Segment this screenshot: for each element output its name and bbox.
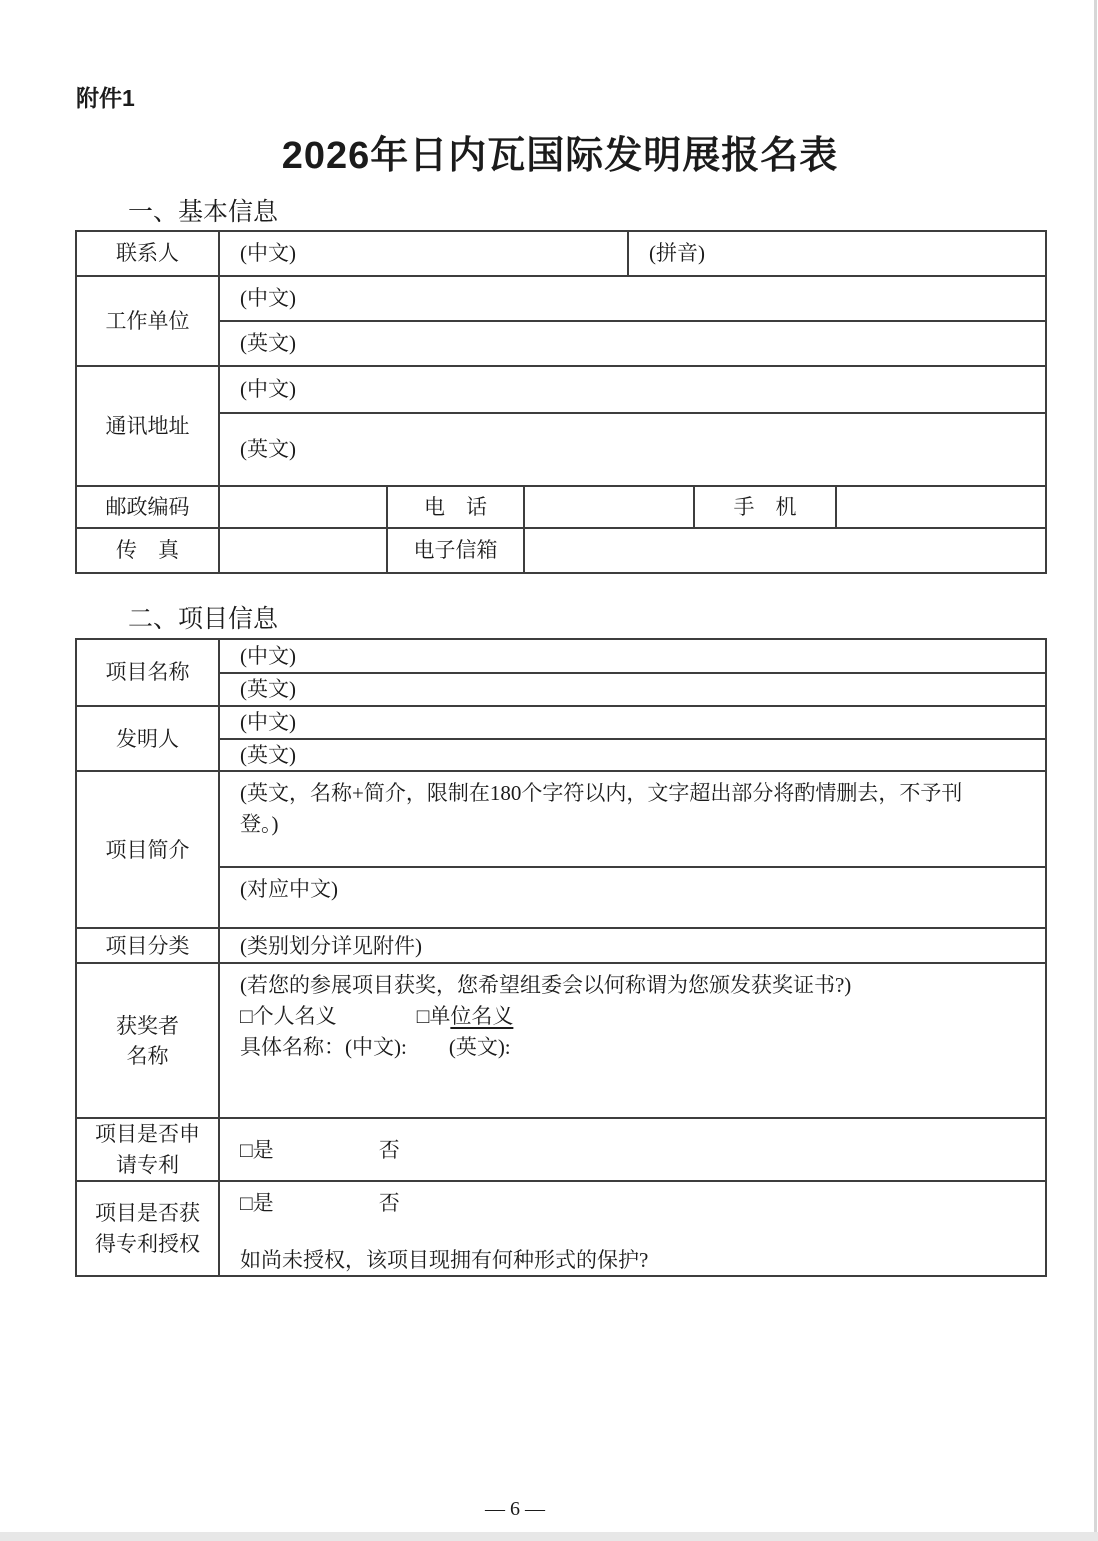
contact-label: 联系人 — [76, 231, 219, 276]
patent-applied-cell: □是否 — [219, 1118, 1046, 1181]
work-unit-label: 工作单位 — [76, 276, 219, 366]
contact-pinyin-input-cell[interactable]: (拼音) — [628, 231, 1046, 276]
inventor-en-input-cell[interactable]: (英文) — [219, 739, 1046, 771]
project-name-label: 项目名称 — [76, 639, 219, 706]
section-basic-info-heading: 一、基本信息 — [128, 192, 278, 228]
awardee-question: (若您的参展项目获奖，您希望组委会以何称谓为您颁发获奖证书?) — [240, 970, 1035, 1001]
fax-input-cell[interactable] — [219, 528, 387, 573]
contact-cn-input-cell[interactable]: (中文) — [219, 231, 628, 276]
category-input-cell[interactable]: (类别划分详见附件) — [219, 928, 1046, 963]
fax-label: 传 真 — [76, 528, 219, 573]
awardee-label: 获奖者 名称 — [76, 963, 219, 1118]
section-project-info-heading: 二、项目信息 — [128, 599, 278, 635]
phone-input-cell[interactable] — [524, 486, 694, 528]
unit-name-underlined: 位名义 — [450, 1004, 513, 1028]
checkbox-personal-name[interactable]: □个人名义 — [240, 1004, 337, 1028]
awardee-content-cell: (若您的参展项目获奖，您希望组委会以何称谓为您颁发获奖证书?) □个人名义□单位… — [219, 963, 1046, 1118]
summary-label: 项目简介 — [76, 771, 219, 928]
page-bottom-edge — [0, 1532, 1098, 1541]
page-right-edge-line — [1094, 0, 1097, 1541]
awardee-name-line[interactable]: 具体名称：(中文): (英文): — [240, 1032, 1035, 1063]
address-cn-input-cell[interactable]: (中文) — [219, 366, 1046, 413]
checkbox-unit-prefix: □单 — [417, 1004, 451, 1028]
protection-question: 如尚未授权，该项目现拥有何种形式的保护? — [240, 1245, 1035, 1275]
checkbox-patent-applied-yes[interactable]: □是 — [240, 1138, 274, 1162]
email-label: 电子信箱 — [387, 528, 524, 573]
category-label: 项目分类 — [76, 928, 219, 963]
awardee-options-line: □个人名义□单位名义 — [240, 1001, 1035, 1032]
mobile-label: 手 机 — [694, 486, 836, 528]
email-input-cell[interactable] — [524, 528, 1046, 573]
work-unit-en-input-cell[interactable]: (英文) — [219, 321, 1046, 366]
document-page: 附件1 2026年日内瓦国际发明展报名表 一、基本信息 联系人 (中文) (拼音… — [0, 0, 1098, 1541]
address-label: 通讯地址 — [76, 366, 219, 486]
phone-label: 电 话 — [387, 486, 524, 528]
mobile-input-cell[interactable] — [836, 486, 1046, 528]
checkbox-patent-granted-yes[interactable]: □是 — [240, 1191, 274, 1215]
option-patent-applied-no[interactable]: 否 — [379, 1135, 400, 1165]
work-unit-cn-input-cell[interactable]: (中文) — [219, 276, 1046, 321]
project-info-table: 项目名称 (中文) (英文) 发明人 (中文) (英文) 项目简介 (英文，名称… — [75, 638, 1047, 1277]
address-en-input-cell[interactable]: (英文) — [219, 413, 1046, 486]
summary-en-input-cell[interactable]: (英文，名称+简介，限制在180个字符以内，文字超出部分将酌情删去，不予刊登。) — [219, 771, 1046, 867]
inventor-label: 发明人 — [76, 706, 219, 771]
summary-cn-input-cell[interactable]: (对应中文) — [219, 867, 1046, 928]
project-name-en-input-cell[interactable]: (英文) — [219, 673, 1046, 706]
inventor-cn-input-cell[interactable]: (中文) — [219, 706, 1046, 739]
postal-code-input-cell[interactable] — [219, 486, 387, 528]
patent-granted-label: 项目是否获 得专利授权 — [76, 1181, 219, 1276]
postal-code-label: 邮政编码 — [76, 486, 219, 528]
form-title: 2026年日内瓦国际发明展报名表 — [75, 124, 1045, 179]
page-number: — 6 — — [0, 1498, 1030, 1521]
checkbox-unit-name[interactable]: □单位名义 — [417, 1001, 514, 1032]
attachment-label: 附件1 — [76, 80, 135, 113]
patent-granted-cell: □是否 如尚未授权，该项目现拥有何种形式的保护? — [219, 1181, 1046, 1276]
option-patent-granted-no[interactable]: 否 — [379, 1188, 400, 1218]
patent-applied-label: 项目是否申 请专利 — [76, 1118, 219, 1181]
basic-info-table: 联系人 (中文) (拼音) 工作单位 (中文) (英文) 通讯地址 (中文) (… — [75, 230, 1047, 574]
project-name-cn-input-cell[interactable]: (中文) — [219, 639, 1046, 673]
